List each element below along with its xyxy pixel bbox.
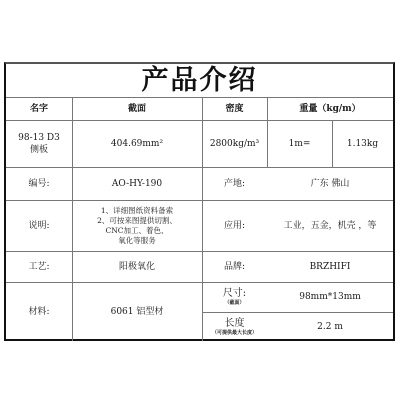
length-label-text: 长度	[225, 318, 245, 330]
description-line: 氧化等服务	[118, 236, 156, 246]
description-line: 1、详细图纸资料备索	[101, 206, 173, 216]
product-name-line2: 侧板	[30, 144, 48, 156]
weight-label: 1m=	[267, 120, 332, 167]
origin-value: 广东 佛山	[267, 167, 393, 200]
material-value: 6061 铝型材	[72, 282, 202, 341]
material-label: 材料:	[6, 282, 72, 341]
length-label-sub: （可提供最大长度）	[212, 330, 257, 336]
description-line: 2、可按来图提供切割、	[97, 216, 177, 226]
density-value: 2800kg/m³	[202, 120, 267, 167]
size-label-sub: （截面）	[224, 300, 244, 306]
description-line: CNC加工、着色、	[105, 226, 168, 236]
code-label: 编号:	[6, 167, 72, 200]
product-name: 98-13 D3 侧板	[6, 120, 72, 167]
code-value: AO-HY-190	[72, 167, 202, 200]
page-title: 产品介绍	[6, 64, 393, 97]
length-value: 2.2 m	[267, 312, 393, 341]
description-label: 说明:	[6, 200, 72, 251]
usage-value: 工业，五金，机壳 ，等	[267, 200, 393, 251]
product-name-line1: 98-13 D3	[18, 132, 60, 144]
process-value: 阳极氧化	[72, 251, 202, 282]
description-value: 1、详细图纸资料备索 2、可按来图提供切割、 CNC加工、着色、 氧化等服务	[72, 200, 202, 251]
brand-label: 品牌:	[202, 251, 267, 282]
process-label: 工艺:	[6, 251, 72, 282]
length-label: 长度 （可提供最大长度）	[202, 312, 267, 341]
header-density: 密度	[202, 97, 267, 120]
header-name: 名字	[6, 97, 72, 120]
size-label-text: 尺寸:	[223, 288, 246, 300]
section-value: 404.69mm²	[72, 120, 202, 167]
origin-label: 产地:	[202, 167, 267, 200]
size-label: 尺寸: （截面）	[202, 282, 267, 312]
usage-label: 应用:	[202, 200, 267, 251]
size-value: 98mm*13mm	[267, 282, 393, 312]
brand-value: BRZHIFI	[267, 251, 393, 282]
header-section: 截面	[72, 97, 202, 120]
header-weight: 重量（kg/m）	[267, 97, 393, 120]
weight-value: 1.13kg	[332, 120, 393, 167]
product-info-table: 产品介绍 名字 截面 密度 重量（kg/m） 98-13 D3 侧板 404.6…	[4, 62, 395, 341]
